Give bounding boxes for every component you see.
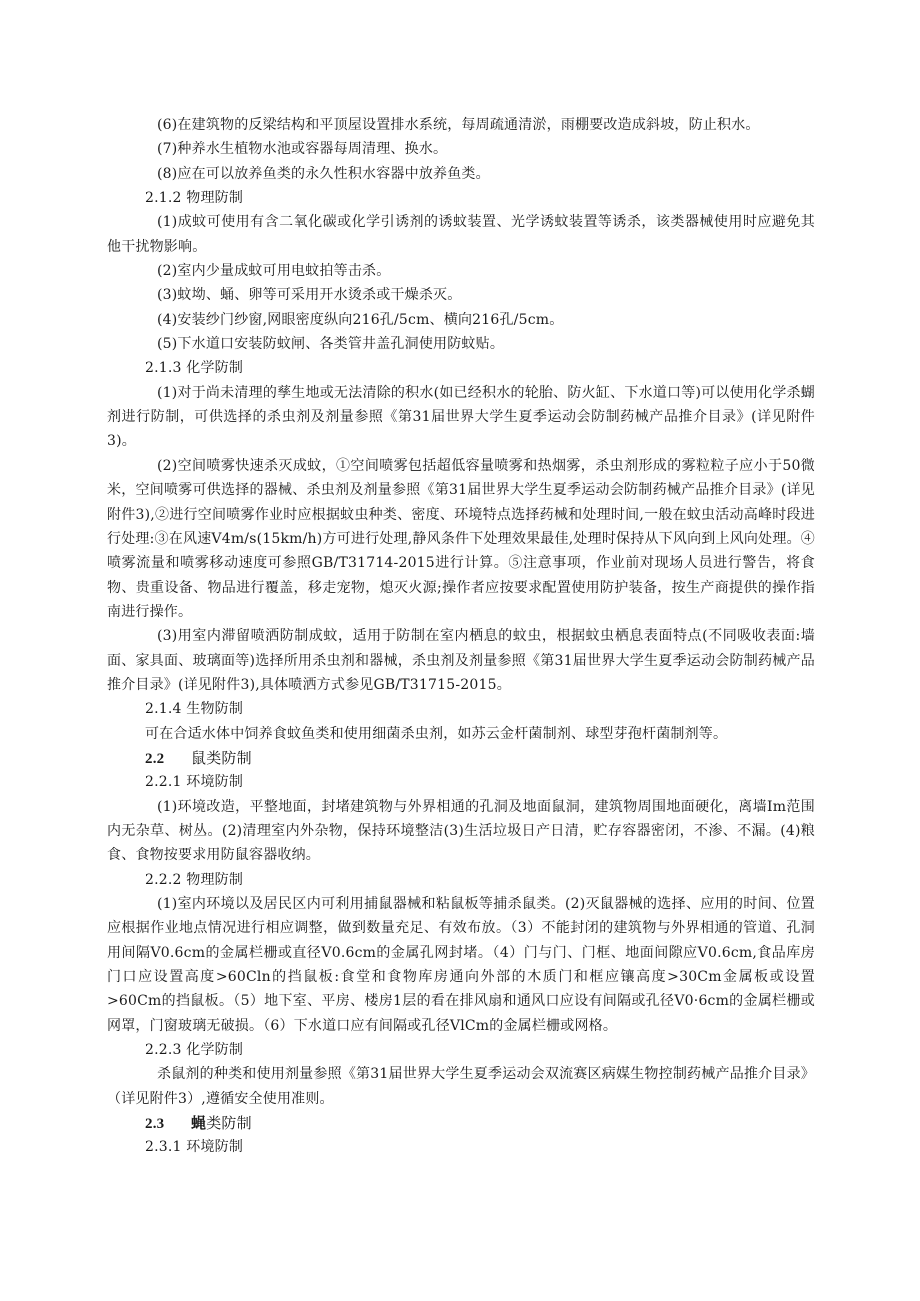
paragraph: 可在合适水体中饲养食蚊鱼类和使用细菌杀虫剂，如苏云金杆菌制剂、球型芽孢杆菌制剂等… (107, 722, 815, 746)
section-heading-2-2: 2.2鼠类防制 (107, 746, 815, 770)
section-heading-2-2-2: 2.2.2 物理防制 (107, 868, 815, 892)
section-heading-2-3: 2.3蝇类防制 (107, 1111, 815, 1135)
section-title: 鼠类防制 (191, 749, 252, 767)
paragraph: (3)用室内滞留喷洒防制成蚊，适用于防制在室内栖息的蚊虫，根据蚊虫栖息表面特点(… (107, 624, 815, 697)
section-heading-2-1-2: 2.1.2 物理防制 (107, 186, 815, 210)
paragraph: (1)对于尚未清理的孳生地或无法清除的积水(如已经积水的轮胎、防火缸、下水道口等… (107, 381, 815, 454)
list-item: (6)在建筑物的反梁结构和平顶屋设置排水系统，每周疏通清淤，雨棚要改造成斜坡，防… (107, 113, 815, 137)
list-item: (7)种养水生植物水池或容器每周清理、换水。 (107, 137, 815, 161)
section-number: 2.2 (145, 747, 191, 771)
section-heading-2-3-1: 2.3.1 环境防制 (107, 1135, 815, 1159)
list-item: (3)蚊坳、蛹、卵等可采用开水烫杀或干燥杀灭。 (107, 283, 815, 307)
list-item: (4)安装纱门纱窗,网眼密度纵向216孔/5cm、横向216孔/5cm。 (107, 308, 815, 332)
section-title-bold: 蝇 (191, 1114, 206, 1132)
document-page: (6)在建筑物的反梁结构和平顶屋设置排水系统，每周疏通清淤，雨棚要改造成斜坡，防… (107, 113, 815, 1160)
paragraph: 杀鼠剂的种类和使用剂量参照《第31届世界大学生夏季运动会双流赛区病媒生物控制药械… (107, 1062, 815, 1111)
list-item: (2)室内少量成蚊可用电蚊拍等击杀。 (107, 259, 815, 283)
list-item: (5)下水道口安装防蚊闸、各类管井盖孔洞使用防蚊贴。 (107, 332, 815, 356)
paragraph: (1)室内环境以及居民区内可利用捕鼠器械和粘鼠板等捕杀鼠类。(2)灭鼠器械的选择… (107, 892, 815, 1038)
paragraph: (1)环境改造，平整地面，封堵建筑物与外界相通的孔洞及地面鼠洞，建筑物周围地面硬… (107, 795, 815, 868)
paragraph: (2)空间喷雾快速杀灭成蚊，①空间喷雾包括超低容量喷雾和热烟雾，杀虫剂形成的雾粒… (107, 454, 815, 624)
section-heading-2-1-4: 2.1.4 生物防制 (107, 697, 815, 721)
section-heading-2-2-3: 2.2.3 化学防制 (107, 1038, 815, 1062)
list-item: (8)应在可以放养鱼类的永久性积水容器中放养鱼类。 (107, 162, 815, 186)
section-heading-2-1-3: 2.1.3 化学防制 (107, 356, 815, 380)
section-number: 2.3 (145, 1112, 191, 1136)
paragraph: (1)成蚊可使用有含二氧化碳或化学引诱剂的诱蚊装置、光学诱蚊装置等诱杀，该类器械… (107, 210, 815, 259)
section-heading-2-2-1: 2.2.1 环境防制 (107, 770, 815, 794)
section-title-rest: 类防制 (206, 1114, 252, 1132)
